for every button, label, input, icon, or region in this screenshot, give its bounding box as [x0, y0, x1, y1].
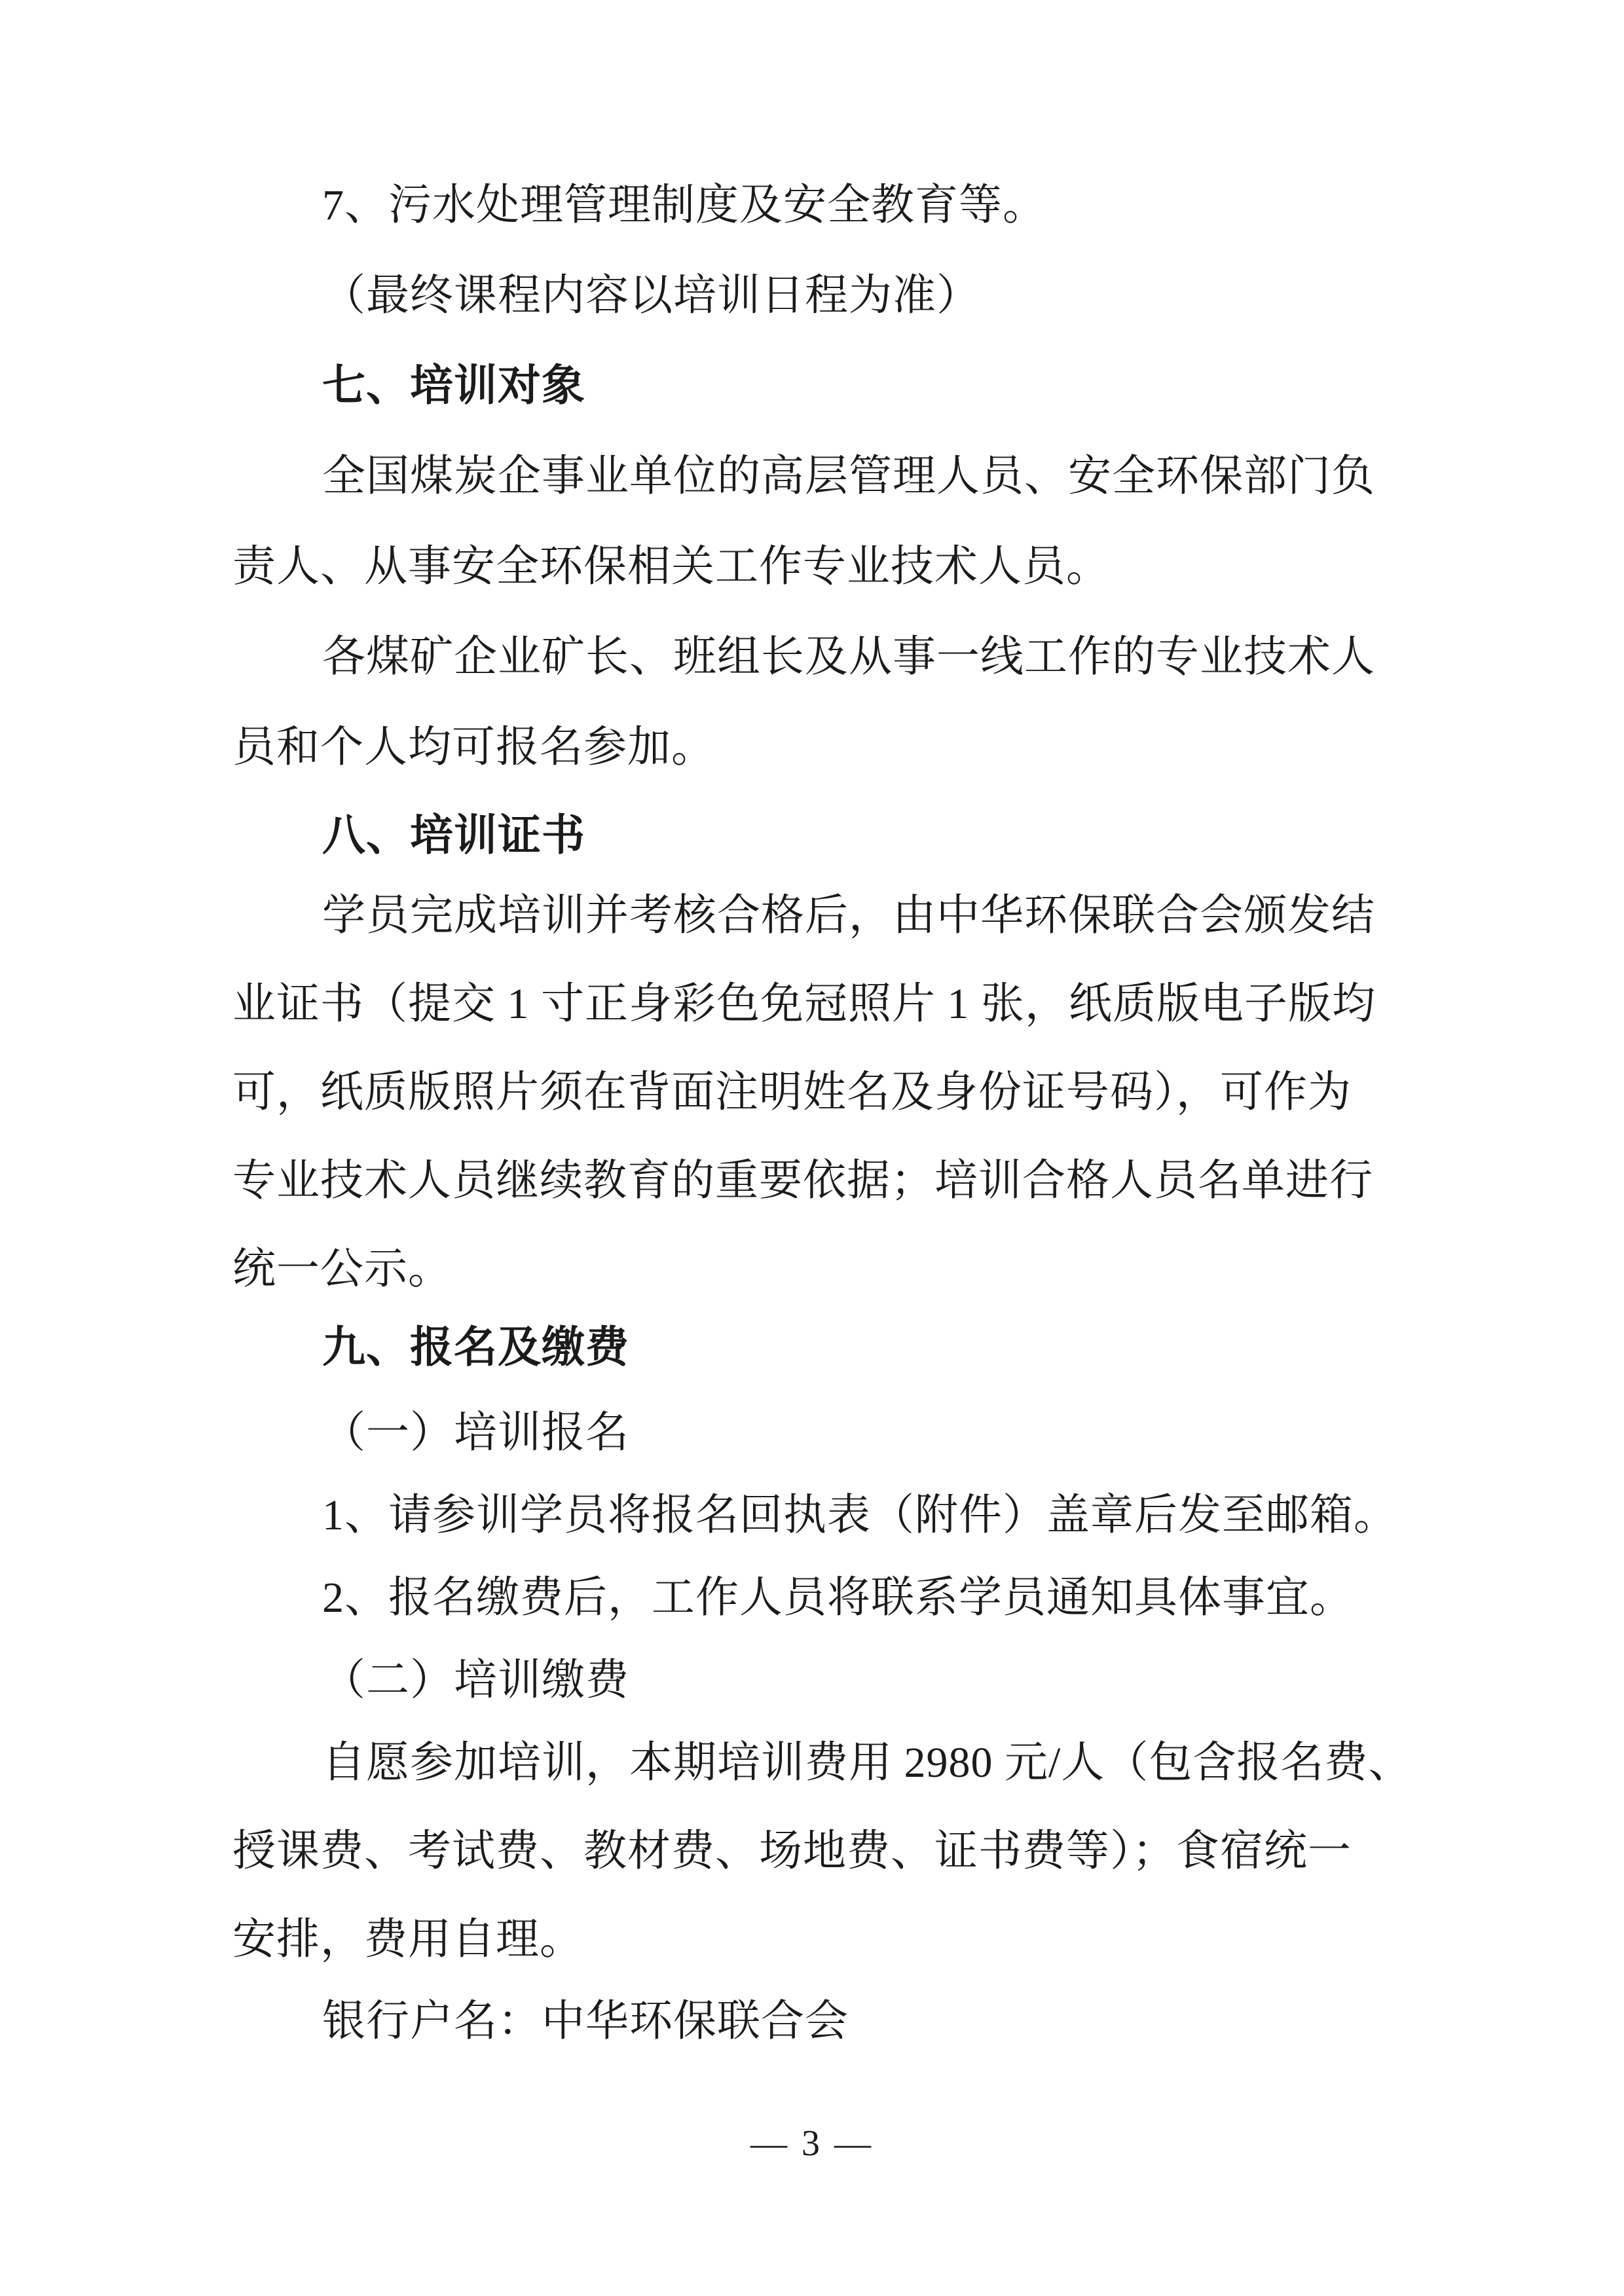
page-number: — 3 — [0, 2123, 1624, 2164]
body-line: 授课费、考试费、教材费、场地费、证书费等）；食宿统一 [232, 1826, 1352, 1877]
body-line: 各煤矿企业矿长、班组长及从事一线工作的专业技术人 [322, 632, 1375, 683]
subsection-heading-1: （一）培训报名 [322, 1408, 629, 1459]
section-heading-9: 九、报名及缴费 [322, 1322, 629, 1374]
list-item-line: 7、污水处理管理制度及安全教育等。 [322, 180, 1046, 231]
body-line: 业证书（提交 1 寸正身彩色免冠照片 1 张，纸质版电子版均 [232, 979, 1376, 1030]
document-page: 7、污水处理管理制度及安全教育等。 （最终课程内容以培训日程为准） 七、培训对象… [0, 0, 1624, 2296]
body-line: 可，纸质版照片须在背面注明姓名及身份证号码），可作为 [232, 1067, 1352, 1118]
body-line: 学员完成培训并考核合格后，由中华环保联合会颁发结 [322, 890, 1375, 941]
body-line: 自愿参加培训，本期培训费用 2980 元/人（包含报名费、 [322, 1738, 1412, 1789]
body-line: 安排，费用自理。 [232, 1914, 583, 1965]
subsection-heading-2: （二）培训缴费 [322, 1655, 629, 1706]
body-line: 员和个人均可报名参加。 [232, 722, 715, 773]
section-heading-8: 八、培训证书 [322, 811, 585, 862]
list-item-line: 2、报名缴费后，工作人员将联系学员通知具体事宜。 [322, 1573, 1354, 1624]
body-line: 全国煤炭企事业单位的高层管理人员、安全环保部门负 [322, 451, 1375, 502]
body-line: 责人、从事安全环保相关工作专业技术人员。 [232, 541, 1110, 592]
note-line: （最终课程内容以培训日程为准） [322, 270, 980, 321]
body-line: 专业技术人员继续教育的重要依据；培训合格人员名单进行 [232, 1156, 1373, 1207]
bank-account-line: 银行户名：中华环保联合会 [322, 1996, 849, 2047]
body-line: 统一公示。 [232, 1244, 452, 1295]
list-item-line: 1、请参训学员将报名回执表（附件）盖章后发至邮箱。 [322, 1490, 1397, 1541]
section-heading-7: 七、培训对象 [322, 361, 585, 412]
